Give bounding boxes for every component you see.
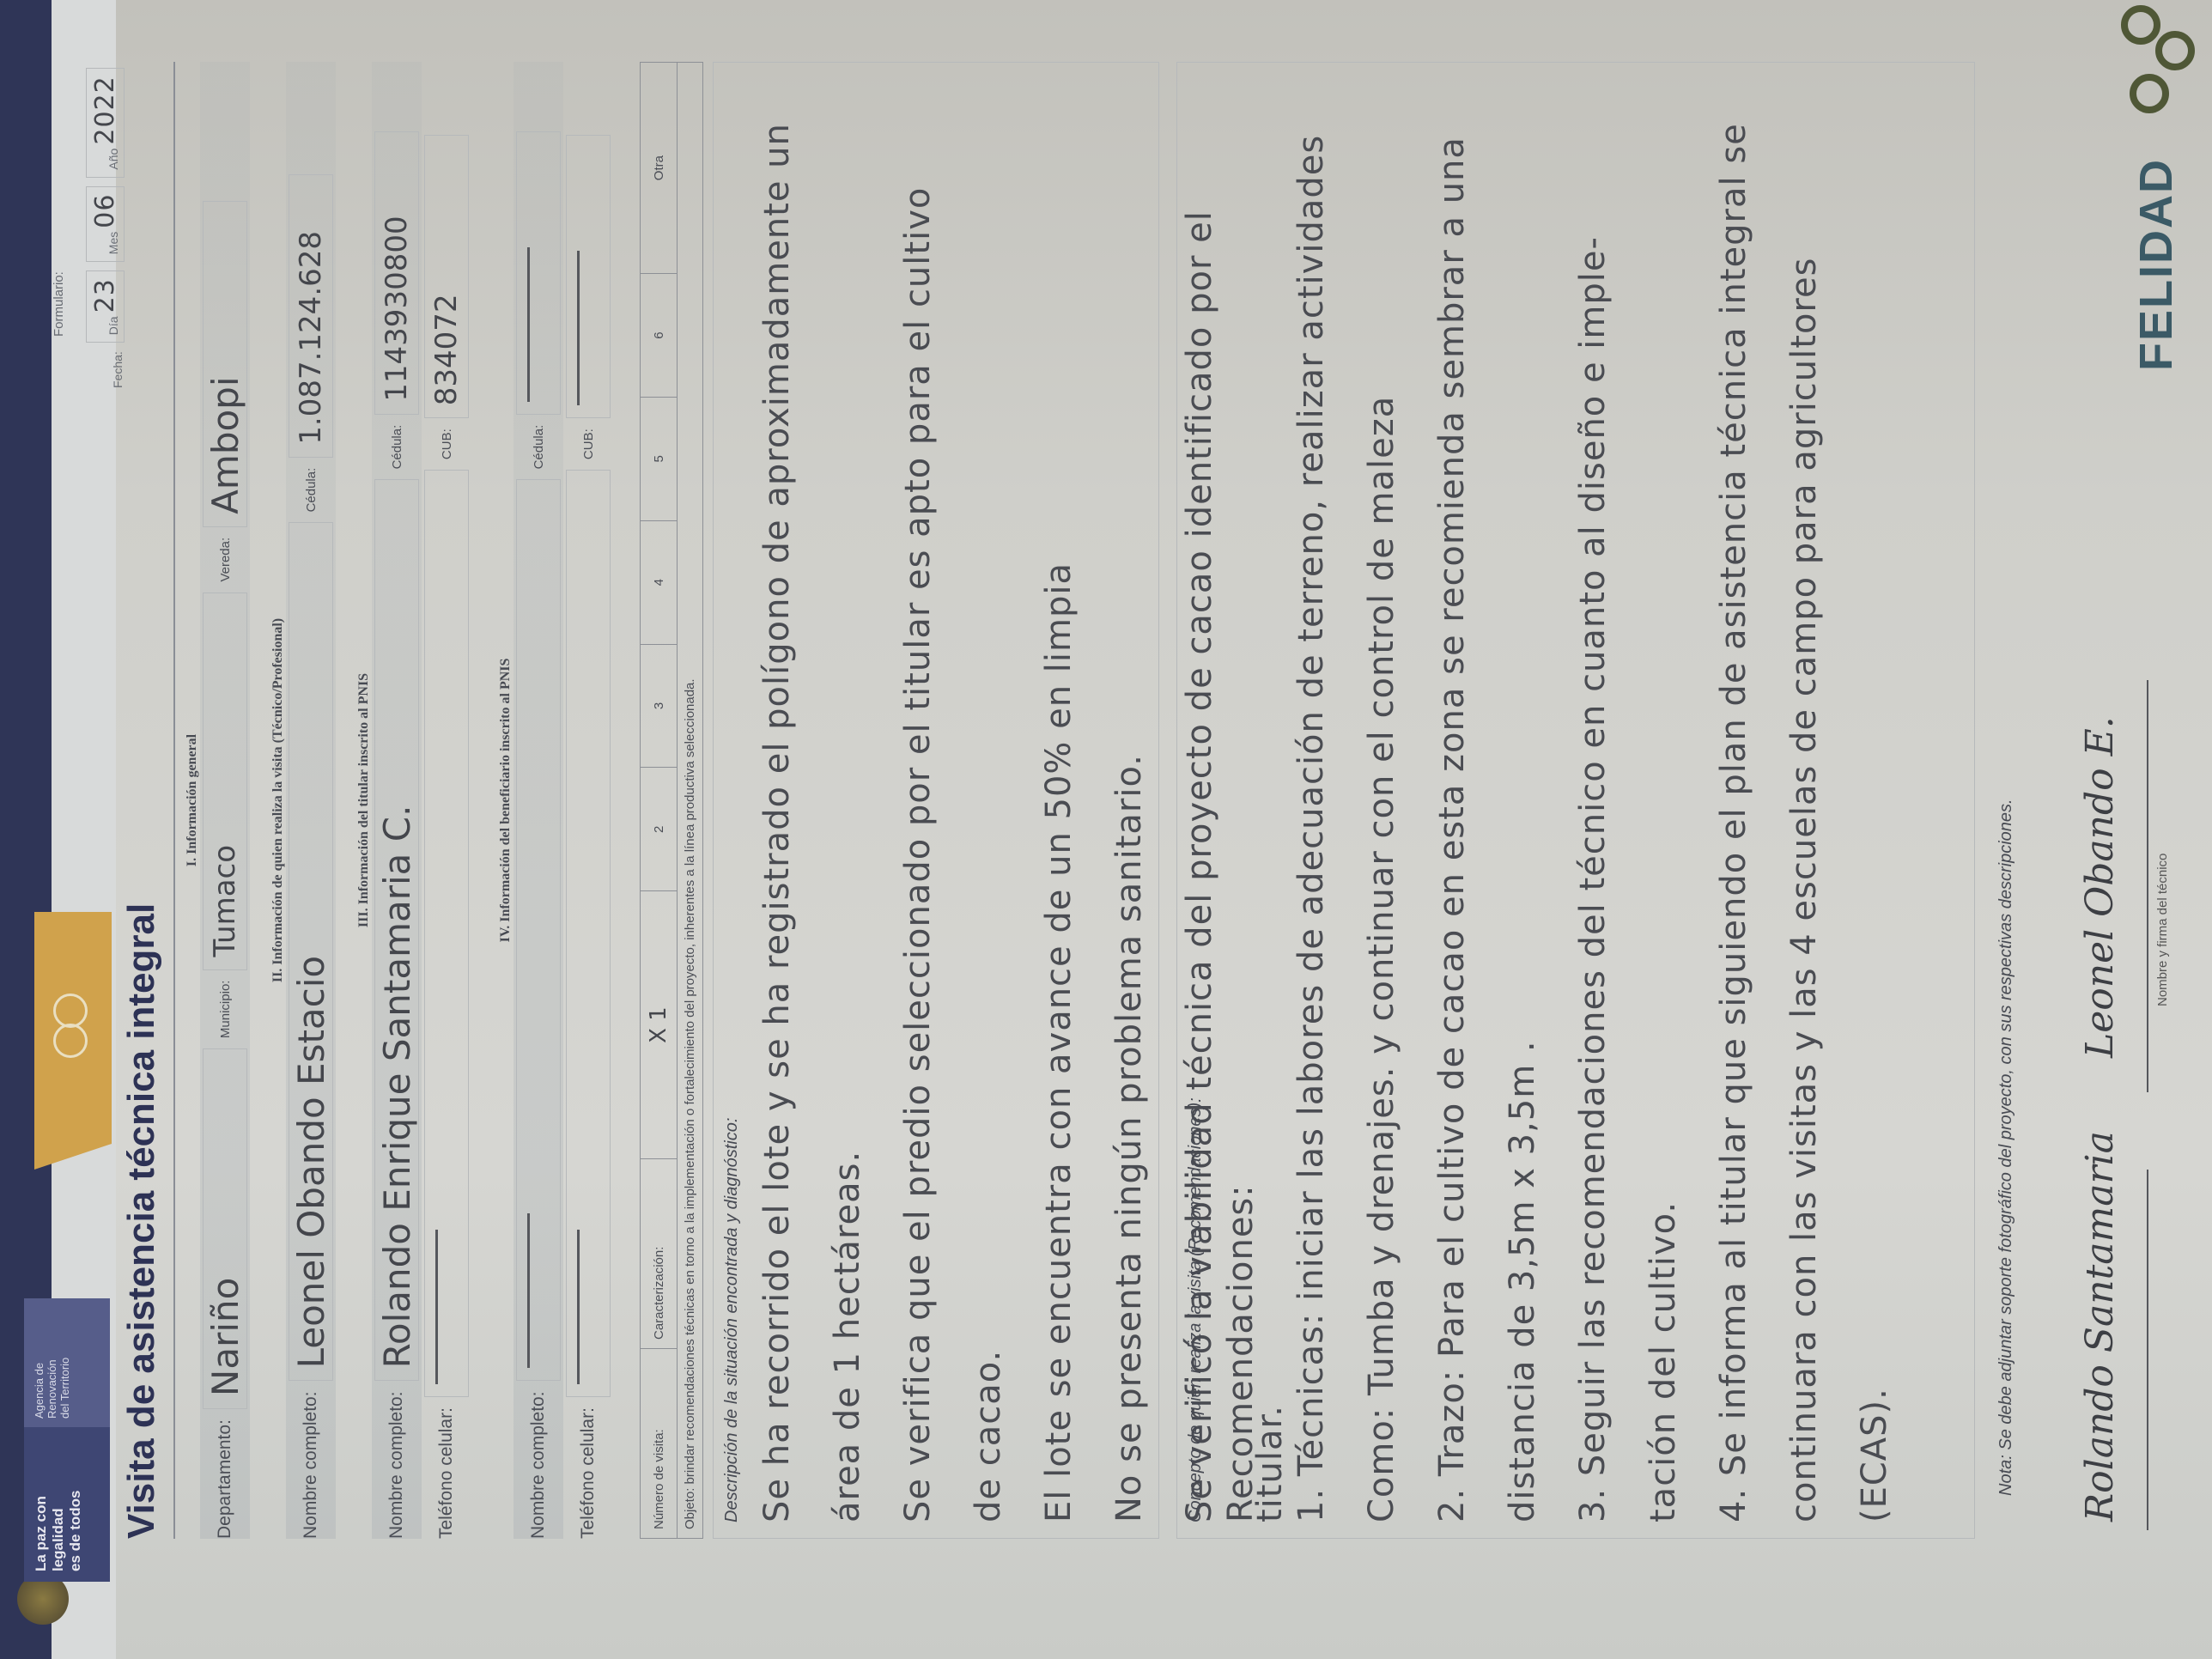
beneficiary-cub-label: CUB: <box>581 428 596 459</box>
handwritten-line: continuara con las visitas y las 4 escue… <box>1769 78 1839 1522</box>
technician-name-value: Leonel Obando Estacio <box>290 956 332 1369</box>
section-general-info: I. Información general Departamento: Nar… <box>185 62 250 1539</box>
photo-note: Nota: Se debe adjuntar soporte fotográfi… <box>1996 799 2016 1496</box>
option-5[interactable]: 5 <box>641 397 678 520</box>
section-titular: III. Información del titular inscrito al… <box>356 62 471 1539</box>
spiral-icon <box>2155 31 2195 70</box>
month-value: 06 <box>90 194 120 228</box>
beneficiary-name-field[interactable] <box>516 479 561 1381</box>
beneficiary-cub-field[interactable] <box>566 135 611 418</box>
titular-id-field[interactable]: 1143930800 <box>374 131 419 415</box>
option-4[interactable]: 4 <box>641 520 678 644</box>
handwritten-line: área de 1 hectáreas. <box>812 78 883 1522</box>
option-6[interactable]: 6 <box>641 274 678 398</box>
section-heading: I. Información general <box>185 62 200 1539</box>
handwritten-line: El lote se encuentra con avance de un 50… <box>1024 78 1094 1522</box>
handwritten-line: Se ha recorrido el lote y se ha registra… <box>742 78 812 1522</box>
month-field[interactable]: Mes 06 <box>86 186 125 263</box>
handwritten-line: de cacao. <box>953 78 1024 1522</box>
beneficiary-id-label: Cédula: <box>532 425 546 470</box>
handwritten-line: 1. Técnicas: iniciar las labores de adec… <box>1276 78 1346 1522</box>
characterization-row: Número de visita: Caracterización: X 1 2… <box>641 63 678 1539</box>
date-fields: Fecha: Día 23 Mes 06 Año 2022 <box>86 68 125 388</box>
departamento-label: Departamento: <box>215 1419 235 1539</box>
beneficiary-name-label: Nombre completo: <box>528 1391 549 1539</box>
beneficiary-id-field[interactable] <box>516 131 561 415</box>
year-label: Año <box>106 149 120 170</box>
beneficiary-row-1: Nombre completo: Cédula: <box>513 62 563 1539</box>
departamento-value: Nariño <box>204 1278 246 1396</box>
characterization-label: Caracterización: <box>641 1159 678 1349</box>
blank-dash <box>577 1230 580 1384</box>
general-info-row: Departamento: Nariño Municipio: Tumaco V… <box>200 62 250 1539</box>
titular-row-2: Teléfono celular: CUB: 834072 <box>422 62 471 1539</box>
day-value: 23 <box>90 278 120 313</box>
spiral-icon <box>53 994 88 1028</box>
form-paper: La paz con legalidad es de todos Agencia… <box>0 0 2212 1659</box>
blank-dash <box>435 1230 438 1384</box>
blank-dash <box>527 247 530 402</box>
handwritten-line: (ECAS). <box>1839 78 1910 1522</box>
spiral-icon <box>2130 74 2169 113</box>
titular-cub-label: CUB: <box>440 428 454 459</box>
selected-mark: X 1 <box>646 1006 671 1043</box>
beneficiary-row-2: Teléfono celular: CUB: <box>563 62 613 1539</box>
description-block[interactable]: Descripción de la situación encontrada y… <box>713 62 1159 1539</box>
titular-cub-value: 834072 <box>429 294 464 405</box>
titular-row-1: Nombre completo: Rolando Enrique Santama… <box>372 62 422 1539</box>
departamento-field[interactable]: Nariño <box>203 1048 247 1409</box>
handwritten-line: No se presenta ningún problema sanitario… <box>1094 78 1164 1522</box>
month-label: Mes <box>106 232 120 254</box>
objective-text: Objeto: brindar recomendaciones técnicas… <box>678 63 703 1539</box>
option-3[interactable]: 3 <box>641 644 678 768</box>
form-label: Formulario: <box>52 271 66 337</box>
year-field[interactable]: Año 2022 <box>86 68 125 177</box>
vereda-value: Ambopi <box>204 376 246 513</box>
brand-logo: FELIDAD <box>2130 158 2183 371</box>
fecha-label: Fecha: <box>111 351 125 388</box>
technician-id-label: Cédula: <box>304 468 319 513</box>
municipio-field[interactable]: Tumaco <box>203 592 247 970</box>
titular-id-value: 1143930800 <box>380 216 414 401</box>
handwritten-line: 3. Seguir las recomendaciones del técnic… <box>1558 78 1628 1522</box>
section-technician: II. Información de quien realiza la visi… <box>270 62 336 1539</box>
visit-number-label: Número de visita: <box>641 1349 678 1539</box>
titular-id-label: Cédula: <box>390 425 404 470</box>
document-page: La paz con legalidad es de todos Agencia… <box>0 0 2212 1659</box>
technician-row: Nombre completo: Leonel Obando Estacio C… <box>286 62 336 1539</box>
logo-line: Renovación <box>46 1307 58 1419</box>
section-heading: II. Información de quien realiza la visi… <box>270 62 286 1539</box>
logo-line: La paz con <box>33 1437 50 1571</box>
titular-phone-field[interactable] <box>424 470 469 1397</box>
logo-line: legalidad <box>50 1437 67 1571</box>
logo-line: es de todos <box>67 1437 84 1571</box>
beneficiary-phone-field[interactable] <box>566 470 611 1397</box>
logo-line: Agencia de <box>33 1307 46 1419</box>
titular-name-label: Nombre completo: <box>386 1391 407 1539</box>
vereda-label: Vereda: <box>218 538 233 582</box>
section-heading: III. Información del titular inscrito al… <box>356 62 372 1539</box>
beneficiary-phone-label: Teléfono celular: <box>578 1407 599 1539</box>
logo-line: del Territorio <box>58 1307 71 1419</box>
day-label: Día <box>106 316 120 335</box>
logo-paz-legalidad: La paz con legalidad es de todos <box>24 1427 110 1582</box>
handwritten-line: Como: Tumba y drenajes. y continuar con … <box>1346 78 1417 1522</box>
concept-block[interactable]: Concepto de quien realiza la visita (Rec… <box>1176 62 1975 1539</box>
titular-name-value: Rolando Enrique Santamaria C. <box>376 805 418 1369</box>
option-1[interactable]: X 1 <box>641 891 678 1159</box>
pnis-logo-icon <box>34 912 112 1170</box>
handwritten-line: tación del cultivo. <box>1628 78 1698 1522</box>
description-label: Descripción de la situación encontrada y… <box>722 78 742 1522</box>
blank-dash <box>577 251 580 405</box>
titular-name-field[interactable]: Rolando Enrique Santamaria C. <box>374 479 419 1381</box>
signature-titular: Rolando Santamaria <box>2078 1131 2122 1522</box>
signature-tecnico: Leonel Obando E. <box>2078 716 2122 1058</box>
page-title: Visita de asistencia técnica integral <box>120 903 163 1539</box>
divider <box>173 62 175 1539</box>
handwritten-line: distancia de 3,5m x 3,5m . <box>1487 78 1558 1522</box>
spiral-icon <box>2121 5 2160 45</box>
spiral-icon <box>53 1024 88 1058</box>
signature-line <box>2147 680 2148 1092</box>
section-beneficiary: IV. Información del beneficiario inscrit… <box>498 62 613 1539</box>
handwritten-line: 4. Se informa al titular que siguiendo e… <box>1698 78 1769 1522</box>
objective-row: Objeto: brindar recomendaciones técnicas… <box>678 63 703 1539</box>
titular-cub-field[interactable]: 834072 <box>424 135 469 418</box>
option-2[interactable]: 2 <box>641 768 678 891</box>
signature-line <box>2147 1170 2148 1530</box>
characterization-table: Número de visita: Caracterización: X 1 2… <box>640 62 703 1539</box>
day-field[interactable]: Día 23 <box>86 270 125 343</box>
titular-phone-label: Teléfono celular: <box>436 1407 457 1539</box>
handwritten-line: 2. Trazo: Para el cultivo de cacao en es… <box>1417 78 1487 1522</box>
municipio-value: Tumaco <box>208 845 242 957</box>
logo-agencia-renovacion: Agencia de Renovación del Territorio <box>24 1298 110 1427</box>
option-otra[interactable]: Otra <box>641 63 678 274</box>
handwritten-line: Recomendaciones: <box>1206 78 1276 1522</box>
signature-caption: Nombre y firma del técnico <box>2155 854 2170 1006</box>
handwritten-line: Se verifica que el predio seleccionado p… <box>883 78 953 1522</box>
technician-id-field[interactable]: 1.087.124.628 <box>289 174 333 458</box>
technician-name-field[interactable]: Leonel Obando Estacio <box>289 522 333 1381</box>
municipio-label: Municipio: <box>218 981 233 1039</box>
section-heading: IV. Información del beneficiario inscrit… <box>498 62 513 1539</box>
blank-dash <box>527 1213 530 1368</box>
technician-name-label: Nombre completo: <box>301 1391 321 1539</box>
vereda-field[interactable]: Ambopi <box>203 201 247 527</box>
concept-label: Concepto de quien realiza la visita (Rec… <box>1186 78 1206 1522</box>
year-value: 2022 <box>90 76 120 144</box>
concept-lines: Recomendaciones:1. Técnicas: iniciar las… <box>1206 78 1910 1522</box>
technician-id-value: 1.087.124.628 <box>294 231 328 445</box>
